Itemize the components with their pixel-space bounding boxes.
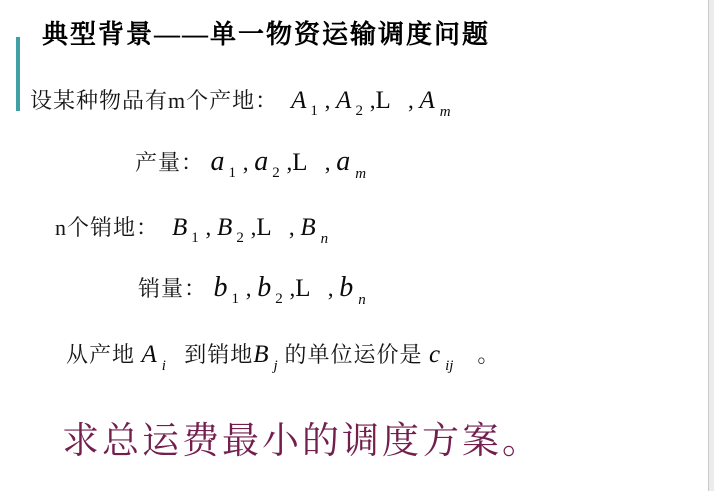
window-right-edge xyxy=(708,0,714,491)
math-variable: A xyxy=(291,87,306,114)
line-supply: 产量： a1 , a2 ,L , am xyxy=(135,148,367,176)
separator: , xyxy=(311,276,340,301)
math-subscript: 1 xyxy=(310,103,318,119)
text-run: 设某种物品有m个产地： xyxy=(30,88,291,113)
math-subscript: m xyxy=(355,166,366,182)
separator: , xyxy=(284,276,296,301)
math-variable: A xyxy=(419,87,434,114)
math-subscript: 2 xyxy=(272,165,280,181)
math-variable: c xyxy=(429,341,440,368)
math-subscript: 2 xyxy=(355,103,363,119)
text-run: 销量： xyxy=(138,276,214,301)
separator: , xyxy=(364,88,376,113)
presentation-slide: 典型背景——单一物资运输调度问题 设某种物品有m个产地： A1 , A2 ,L … xyxy=(0,0,714,491)
separator xyxy=(454,342,477,367)
math-variable: B xyxy=(300,214,315,241)
separator: , xyxy=(240,276,257,301)
math-variable: b xyxy=(214,272,228,303)
line-sources: 设某种物品有m个产地： A1 , A2 ,L , Am xyxy=(30,88,452,113)
text-run: 从产地 xyxy=(66,342,142,367)
math-variable: a xyxy=(211,146,225,177)
math-subscript: i xyxy=(162,358,166,374)
math-subscript: 2 xyxy=(236,230,244,246)
math-variable: b xyxy=(339,272,353,303)
math-variable: b xyxy=(257,272,271,303)
slide-title: 典型背景——单一物资运输调度问题 xyxy=(42,14,490,51)
ellipsis-glyph: L xyxy=(375,87,390,114)
math-variable: B xyxy=(172,214,187,241)
math-variable: B xyxy=(253,341,268,368)
math-subscript: 2 xyxy=(275,291,283,307)
math-variable: a xyxy=(336,146,350,177)
math-variable: A xyxy=(336,87,351,114)
math-variable: A xyxy=(142,341,157,368)
line-unit-cost: 从产地 Ai 到销地Bj 的单位运价是 cij 。 xyxy=(66,342,500,367)
separator: , xyxy=(272,215,301,240)
separator: , xyxy=(308,150,337,175)
separator: , xyxy=(237,150,254,175)
math-subscript: 1 xyxy=(191,230,199,246)
ellipsis-glyph: L xyxy=(295,275,310,302)
conclusion-statement: 求总运费最小的调度方案。 xyxy=(62,410,542,464)
separator: , xyxy=(245,215,257,240)
teal-accent-bar xyxy=(16,37,20,111)
math-subscript: j xyxy=(274,358,278,374)
math-variable: a xyxy=(254,146,268,177)
math-subscript: n xyxy=(358,292,366,308)
math-subscript: 1 xyxy=(229,165,237,181)
text-run: 到销地 xyxy=(184,342,253,367)
text-run: 的单位运价是 xyxy=(284,342,429,367)
text-run: 。 xyxy=(477,342,500,367)
math-subscript: ij xyxy=(445,358,453,374)
separator: , xyxy=(319,88,336,113)
ellipsis-glyph: L xyxy=(292,149,307,176)
ellipsis-glyph: L xyxy=(256,214,271,241)
line-destinations: n个销地： B1 , B2 ,L , Bn xyxy=(55,215,329,240)
math-subscript: 1 xyxy=(232,291,240,307)
text-run: n个销地： xyxy=(55,215,172,240)
math-subscript: n xyxy=(321,231,329,247)
text-run: 产量： xyxy=(135,150,211,175)
separator: , xyxy=(391,88,420,113)
math-subscript: m xyxy=(440,104,451,120)
separator: , xyxy=(200,215,217,240)
line-demand: 销量： b1 , b2 ,L , bn xyxy=(138,274,367,302)
separator xyxy=(167,342,184,367)
math-variable: B xyxy=(217,214,232,241)
separator: , xyxy=(281,150,293,175)
